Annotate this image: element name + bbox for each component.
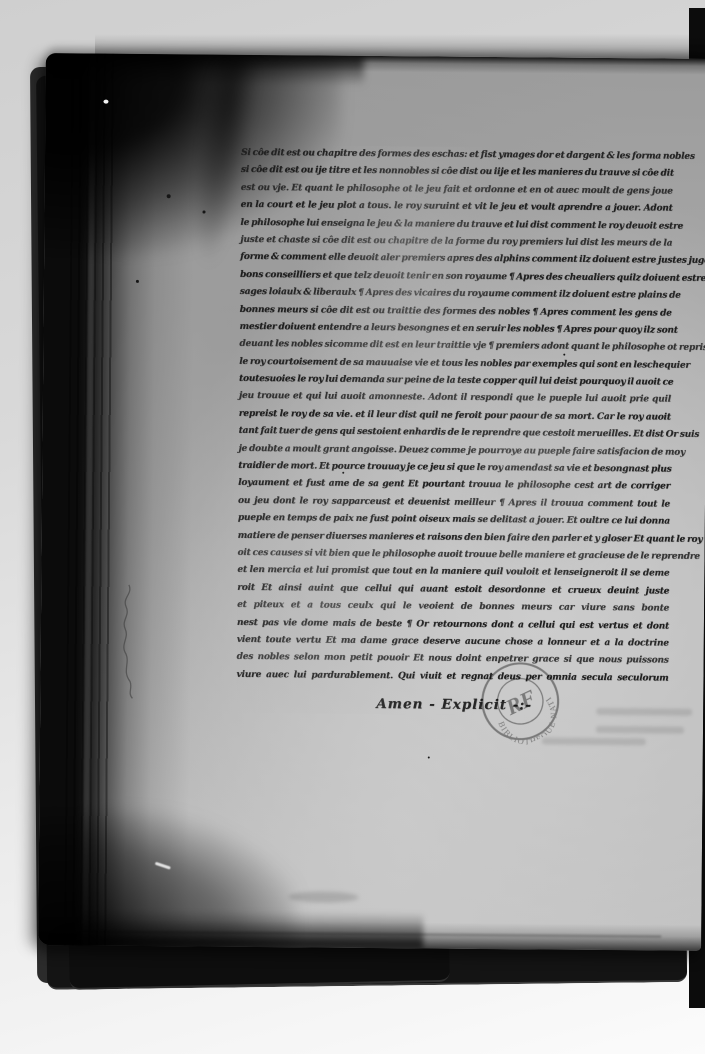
bottom-edge-line <box>68 930 661 937</box>
faint-smudge <box>289 891 359 903</box>
gutter-shadow <box>38 53 196 946</box>
ink-speck <box>203 210 206 213</box>
show-through-mark <box>596 708 692 716</box>
bottom-left-corner-blotch <box>38 811 297 951</box>
stamp-monogram: RF <box>501 684 540 720</box>
manuscript-page: Si côe dit est ou chapitre des formes de… <box>38 53 705 951</box>
ink-speck <box>136 280 139 283</box>
ink-speck <box>428 756 430 758</box>
show-through-mark <box>542 737 646 745</box>
manuscript-text-line: jeu trouue et qui lui auoit amonneste. A… <box>239 388 671 409</box>
manuscript-text-block: Si côe dit est ou chapitre des formes de… <box>236 145 673 717</box>
top-left-stain <box>46 53 364 86</box>
manuscript-photo: Si côe dit est ou chapitre des formes de… <box>0 0 705 1054</box>
white-fleck <box>103 100 108 104</box>
ink-speck <box>167 194 171 198</box>
manuscript-text-line: sages loiaulx & liberaulx ¶ Apres des vi… <box>240 284 672 305</box>
gutter-streaks <box>64 53 116 945</box>
margin-scribble <box>94 577 179 707</box>
show-through-mark <box>596 726 684 734</box>
gutter-highlight <box>82 54 96 946</box>
white-scratch <box>155 862 171 870</box>
bottom-left-edge-stain <box>38 909 423 948</box>
